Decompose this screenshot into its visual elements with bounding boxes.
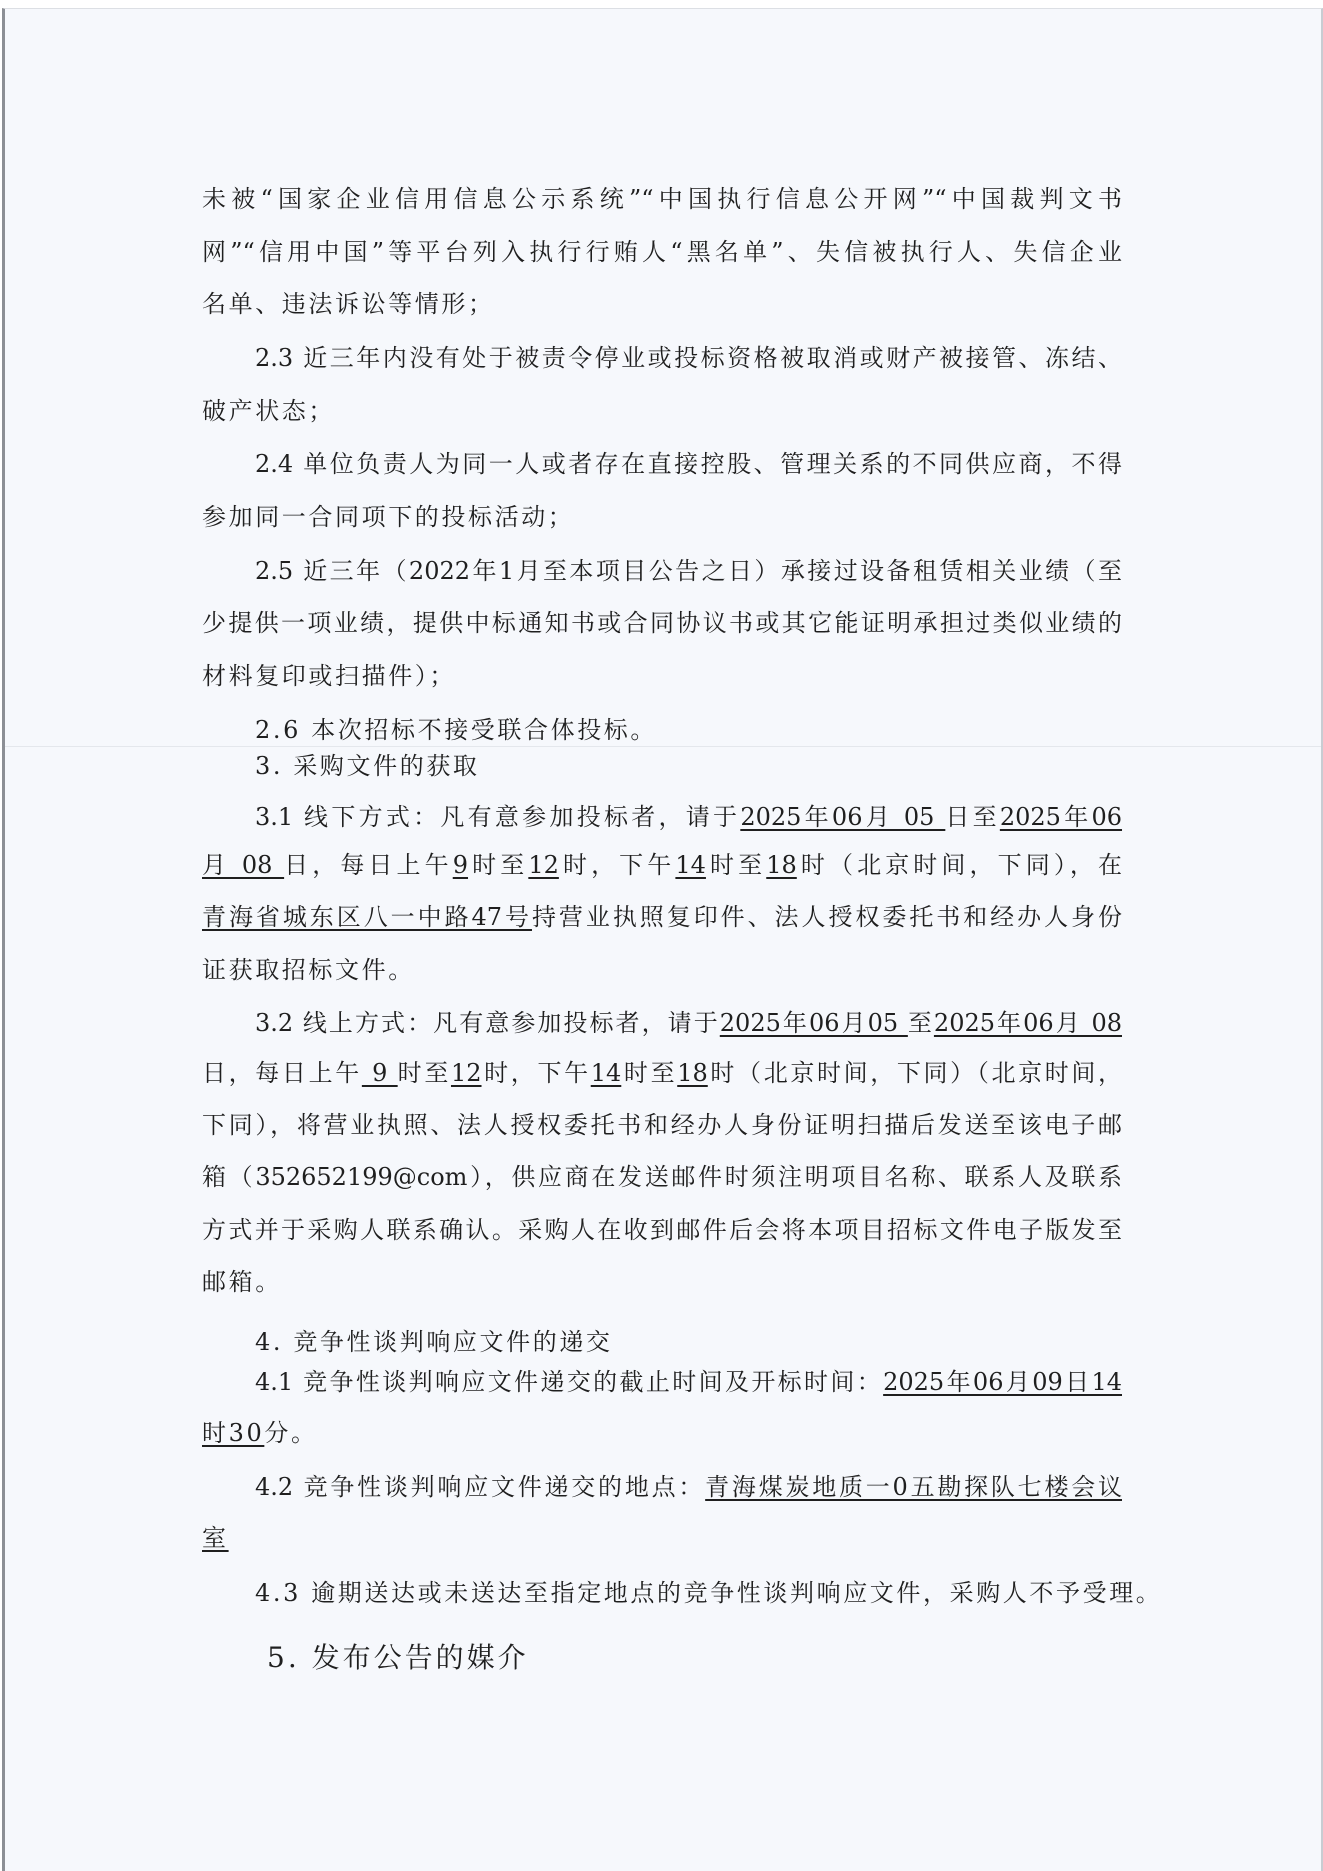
text-segment: 2.6 本次招标不接受联合体投标。 [255,716,657,744]
text-segment: 时至 [706,851,766,879]
text-segment: 时（北京时间，下同），在 [797,851,1122,879]
clause-3-2-cont-1: 日，每日上午 9 时至12时，下午14时至18时（北京时间，下同）（北京时间， [202,1058,1122,1088]
clause-2-4: 2.4 单位负责人为同一人或者存在直接控股、管理关系的不同供应商，不得 [255,449,1122,479]
text-segment: 3. 采购文件的获取 [255,752,480,780]
clause-3-1-cont-1: 月 08 日，每日上午9时至12时，下午14时至18时（北京时间，下同），在 [202,850,1122,880]
clause-3-1-cont-3: 证获取招标文件。 [202,955,1122,985]
clause-3-1: 3.1 线下方式：凡有意参加投标者，请于2025年06月 05 日至2025年0… [255,802,1122,832]
clause-3-2-cont-2: 下同），将营业执照、法人授权委托书和经办人身份证明扫描后发送至该电子邮 [202,1110,1122,1140]
underlined-fill-value: 2025年06月05 [720,1009,908,1037]
text-segment: 邮箱。 [202,1268,282,1296]
underlined-fill-value: 9 [362,1059,398,1087]
clause-4-1: 4.1 竞争性谈判响应文件递交的截止时间及开标时间：2025年06月09日14 [255,1367,1122,1397]
text-segment: 日，每日上午 [284,851,453,879]
underlined-fill-value: 2025年06月09日14 [883,1368,1122,1396]
text-segment: 至 [908,1009,934,1037]
text-segment: 下同），将营业执照、法人授权委托书和经办人身份证明扫描后发送至该电子邮 [202,1111,1122,1139]
clause-3-1-address: 青海省城东区八一中路47号持营业执照复印件、法人授权委托书和经办人身份 [202,902,1122,932]
underlined-fill-value: 室 [202,1524,229,1552]
text-line-blacklist-3: 名单、违法诉讼等情形； [202,289,1122,319]
underlined-fill-value: 18 [677,1059,708,1087]
text-segment: 时（北京时间，下同）（北京时间， [708,1059,1122,1087]
scan-seam-divider [5,746,1321,747]
section-3-heading: 3. 采购文件的获取 [255,751,1122,781]
underlined-fill-value: 2025年06 [1000,803,1122,831]
text-segment: 日至 [945,803,1000,831]
text-segment: 分。 [264,1419,317,1447]
underlined-fill-value: 青海煤炭地质一0五勘探队七楼会议 [705,1473,1122,1501]
text-segment: 名单、违法诉讼等情形； [202,290,495,318]
clause-4-2: 4.2 竞争性谈判响应文件递交的地点：青海煤炭地质一0五勘探队七楼会议 [255,1472,1122,1502]
text-segment: 2.4 单位负责人为同一人或者存在直接控股、管理关系的不同供应商，不得 [255,450,1122,478]
text-segment: 时至 [621,1059,677,1087]
underlined-fill-value: 月 08 [202,851,284,879]
underlined-fill-value: 9 [453,851,468,879]
clause-4-3: 4.3 逾期送达或未送达至指定地点的竞争性谈判响应文件，采购人不予受理。 [255,1578,1122,1608]
section-5-heading: 5. 发布公告的媒介 [267,1643,1187,1673]
clause-2-4-cont: 参加同一合同项下的投标活动； [202,502,1122,532]
text-segment: 时，下午 [482,1059,591,1087]
text-segment: 时至 [398,1059,451,1087]
clause-4-1-cont: 时30分。 [202,1418,1122,1448]
text-segment: 4.3 逾期送达或未送达至指定地点的竞争性谈判响应文件，采购人不予受理。 [255,1579,1162,1607]
underlined-fill-value: 18 [766,851,797,879]
underlined-fill-value: 时30 [202,1419,264,1447]
text-segment: 3.2 线上方式：凡有意参加投标者，请于 [255,1009,720,1037]
clause-2-3: 2.3 近三年内没有处于被责令停业或投标资格被取消或财产被接管、冻结、 [255,343,1122,373]
clause-2-5-cont-1: 少提供一项业绩，提供中标通知书或合同协议书或其它能证明承担过类似业绩的 [202,608,1122,638]
text-segment: 网”“信用中国”等平台列入执行行贿人“黑名单”、失信被执行人、失信企业 [202,238,1122,266]
text-line-blacklist-2: 网”“信用中国”等平台列入执行行贿人“黑名单”、失信被执行人、失信企业 [202,237,1122,267]
text-segment: 少提供一项业绩，提供中标通知书或合同协议书或其它能证明承担过类似业绩的 [202,609,1122,637]
text-segment: 未被“国家企业信用信息公示系统”“中国执行信息公开网”“中国裁判文书 [202,185,1122,213]
clause-3-2: 3.2 线上方式：凡有意参加投标者，请于2025年06月05 至2025年06月… [255,1008,1122,1038]
clause-2-5: 2.5 近三年（2022年1月至本项目公告之日）承接过设备租赁相关业绩（至 [255,556,1122,586]
underlined-fill-value: 14 [675,851,706,879]
text-segment: 参加同一合同项下的投标活动； [202,503,574,531]
text-segment: 3.1 线下方式：凡有意参加投标者，请于 [255,803,740,831]
text-segment: 材料复印或扫描件）； [202,662,456,690]
clause-3-2-cont-4: 方式并于采购人联系确认。采购人在收到邮件后会将本项目招标文件电子版发至 [202,1215,1122,1245]
underlined-fill-value: 12 [528,851,559,879]
text-segment: 4. 竞争性谈判响应文件的递交 [255,1328,613,1356]
underlined-fill-value: 2025年06月 05 [740,803,945,831]
underlined-fill-value: 14 [591,1059,622,1087]
text-segment: 时至 [468,851,528,879]
scanned-document-page: 未被“国家企业信用信息公示系统”“中国执行信息公开网”“中国裁判文书 网”“信用… [2,8,1323,1871]
underlined-fill-value: 青海省城东区八一中路47号 [202,903,532,931]
text-segment: 证获取招标文件。 [202,956,415,984]
section-4-heading: 4. 竞争性谈判响应文件的递交 [255,1327,1122,1357]
text-segment: 4.2 竞争性谈判响应文件递交的地点： [255,1473,705,1501]
text-segment: 5. 发布公告的媒介 [267,1641,529,1674]
text-segment: 时，下午 [559,851,676,879]
underlined-fill-value: 2025年06月 08 [934,1009,1122,1037]
text-segment: 日，每日上午 [202,1059,362,1087]
text-segment: 破产状态； [202,397,335,425]
text-segment: 4.1 竞争性谈判响应文件递交的截止时间及开标时间： [255,1368,883,1396]
clause-4-2-cont: 室 [202,1523,1122,1553]
text-segment: 2.5 近三年（2022年1月至本项目公告之日）承接过设备租赁相关业绩（至 [255,557,1122,585]
text-segment: 持营业执照复印件、法人授权委托书和经办人身份 [532,903,1122,931]
clause-3-2-email: 箱（352652199@com），供应商在发送邮件时须注明项目名称、联系人及联系 [202,1162,1122,1192]
text-line-blacklist-1: 未被“国家企业信用信息公示系统”“中国执行信息公开网”“中国裁判文书 [202,184,1122,214]
clause-3-2-cont-5: 邮箱。 [202,1267,1122,1297]
underlined-fill-value: 12 [451,1059,482,1087]
text-segment: 方式并于采购人联系确认。采购人在收到邮件后会将本项目招标文件电子版发至 [202,1216,1122,1244]
clause-2-3-cont: 破产状态； [202,396,1122,426]
clause-2-6: 2.6 本次招标不接受联合体投标。 [255,715,1122,745]
text-segment: 2.3 近三年内没有处于被责令停业或投标资格被取消或财产被接管、冻结、 [255,344,1122,372]
clause-2-5-cont-2: 材料复印或扫描件）； [202,661,1122,691]
text-segment: 箱（352652199@com），供应商在发送邮件时须注明项目名称、联系人及联系 [202,1163,1122,1191]
